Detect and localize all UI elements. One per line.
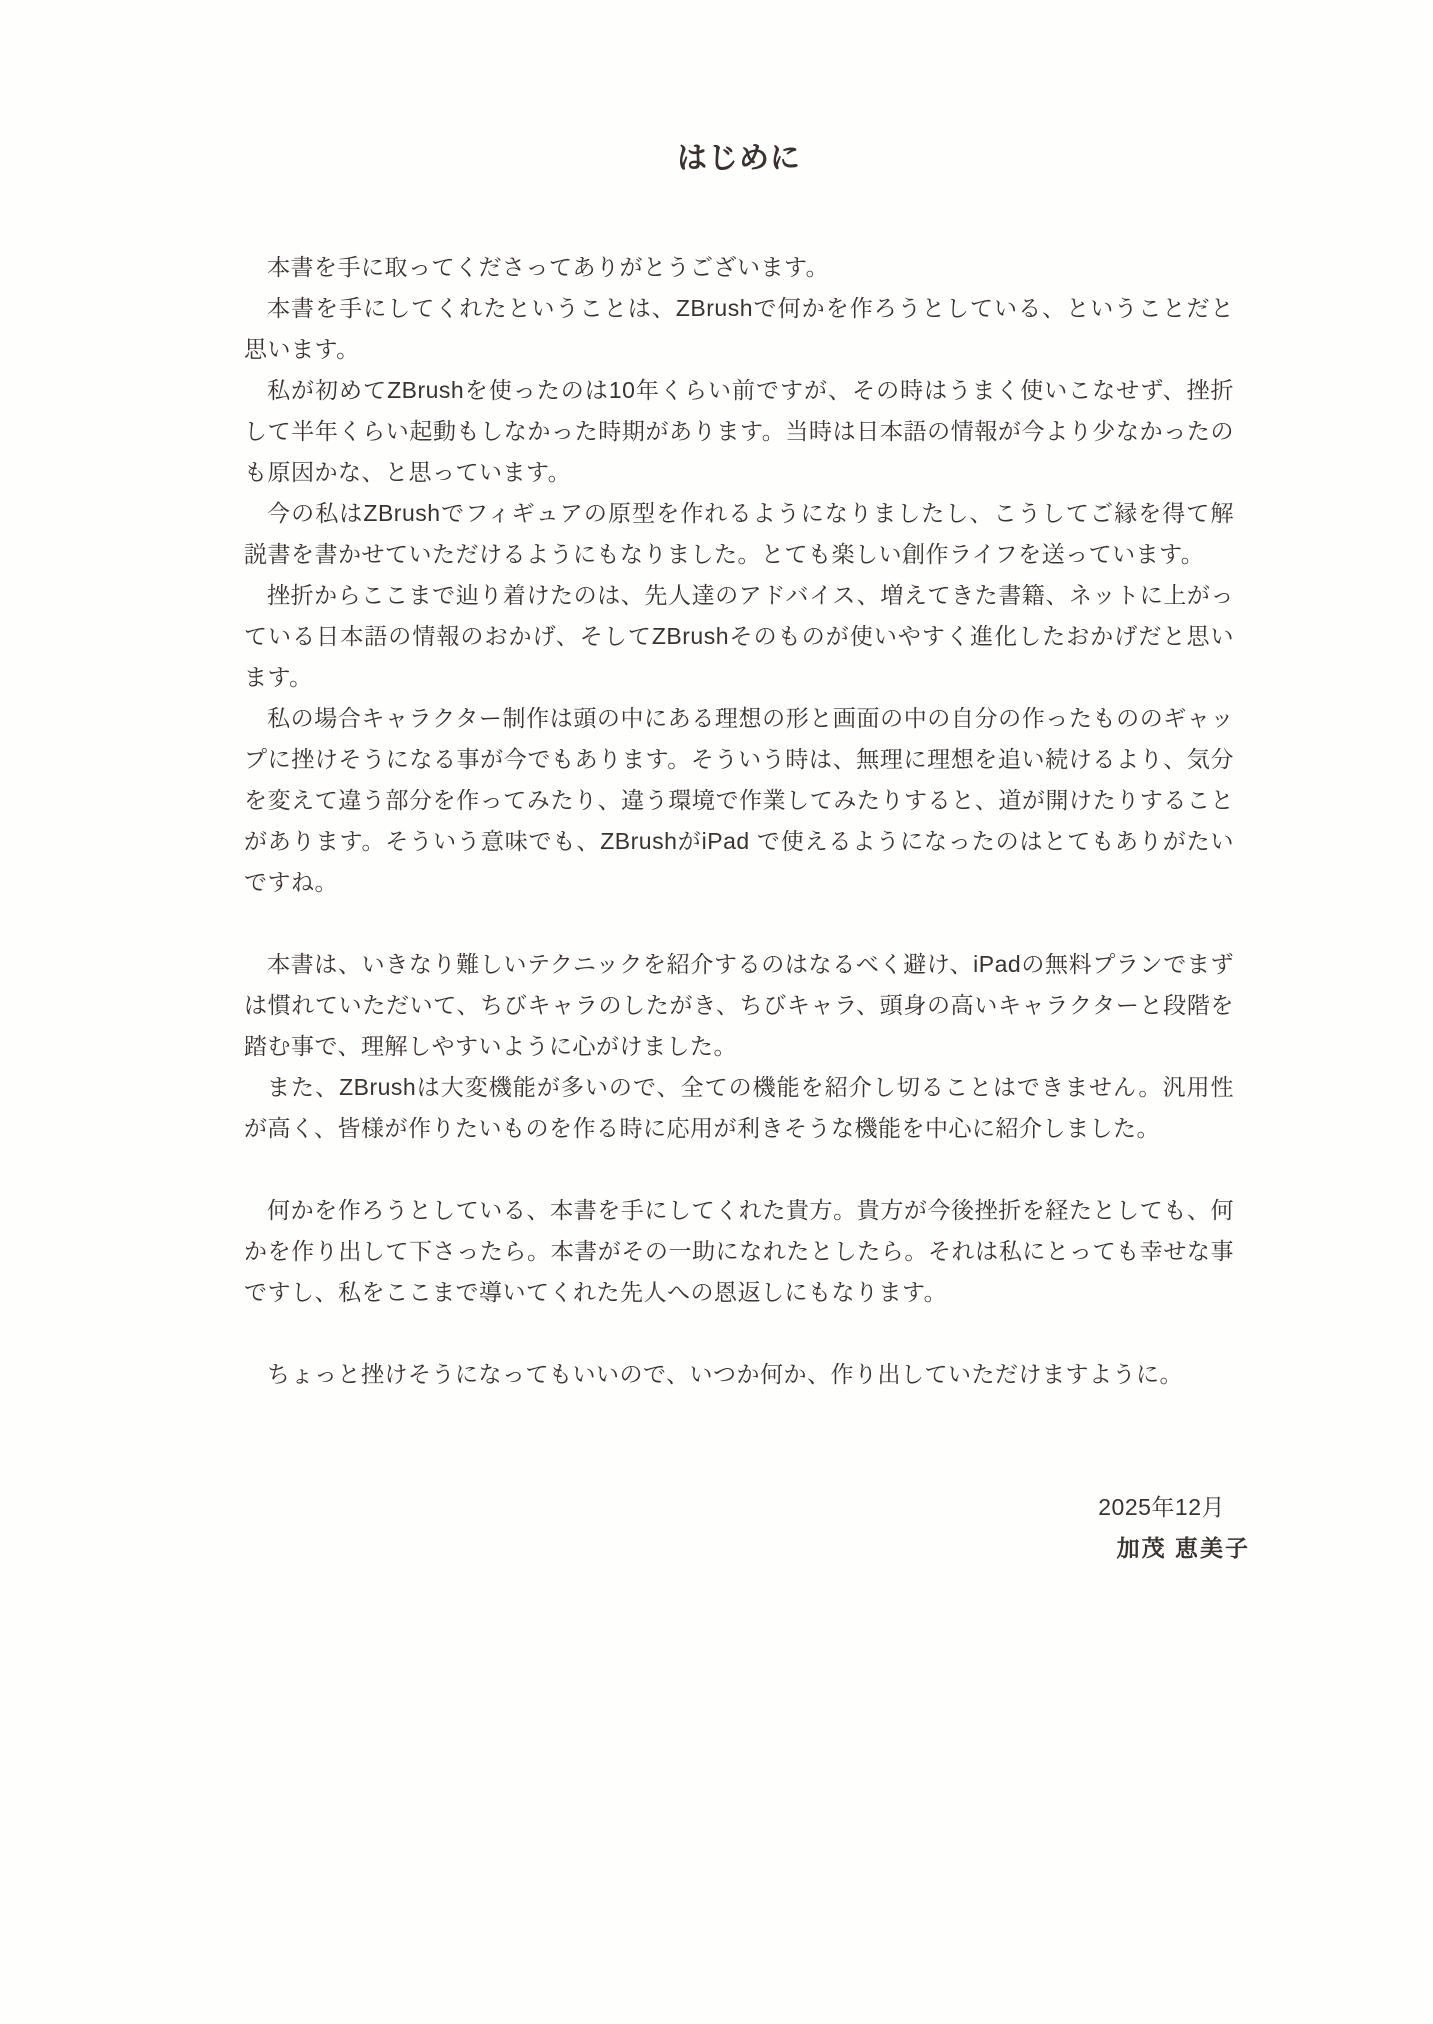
preface-paragraph: 私が初めてZBrushを使ったのは10年くらい前ですが、その時はうまく使いこなせ… — [244, 370, 1234, 493]
paragraph-group-intro: 本書を手に取ってくださってありがとうございます。 本書を手にしてくれたということ… — [244, 247, 1234, 903]
page-title: はじめに — [244, 142, 1234, 176]
preface-paragraph: 本書は、いきなり難しいテクニックを紹介するのはなるべく避け、iPadの無料プラン… — [244, 944, 1234, 1067]
paragraph-group-closing: ちょっと挫けそうになってもいいので、いつか何か、作り出していただけますように。 — [244, 1354, 1234, 1395]
preface-paragraph: 挫折からここまで辿り着けたのは、先人達のアドバイス、増えてきた書籍、ネットに上が… — [244, 575, 1234, 698]
preface-paragraph: 今の私はZBrushでフィギュアの原型を作れるようになりましたし、こうしてご縁を… — [244, 493, 1234, 575]
preface-paragraph: 何かを作ろうとしている、本書を手にしてくれた貴方。貴方が今後挫折を経たとしても、… — [244, 1190, 1234, 1313]
preface-paragraph: 本書を手にしてくれたということは、ZBrushで何かを作ろうとしている、というこ… — [244, 288, 1234, 370]
preface-paragraph: 私の場合キャラクター制作は頭の中にある理想の形と画面の中の自分の作ったもののギャ… — [244, 698, 1234, 903]
paragraph-group-message: 何かを作ろうとしている、本書を手にしてくれた貴方。貴方が今後挫折を経たとしても、… — [244, 1190, 1234, 1313]
paragraph-group-book-approach: 本書は、いきなり難しいテクニックを紹介するのはなるべく避け、iPadの無料プラン… — [244, 944, 1234, 1149]
signature-date: 2025年12月 — [244, 1487, 1250, 1528]
preface-paragraph: また、ZBrushは大変機能が多いので、全ての機能を紹介し切ることはできません。… — [244, 1067, 1234, 1149]
signature-name: 加茂 恵美子 — [244, 1528, 1250, 1569]
preface-paragraph: ちょっと挫けそうになってもいいので、いつか何か、作り出していただけますように。 — [244, 1354, 1234, 1395]
signature-block: 2025年12月 加茂 恵美子 — [244, 1487, 1250, 1569]
document-page: はじめに 本書を手に取ってくださってありがとうございます。 本書を手にしてくれた… — [0, 0, 1433, 2024]
preface-paragraph: 本書を手に取ってくださってありがとうございます。 — [244, 247, 1234, 288]
preface-body: 本書を手に取ってくださってありがとうございます。 本書を手にしてくれたということ… — [244, 247, 1234, 1569]
